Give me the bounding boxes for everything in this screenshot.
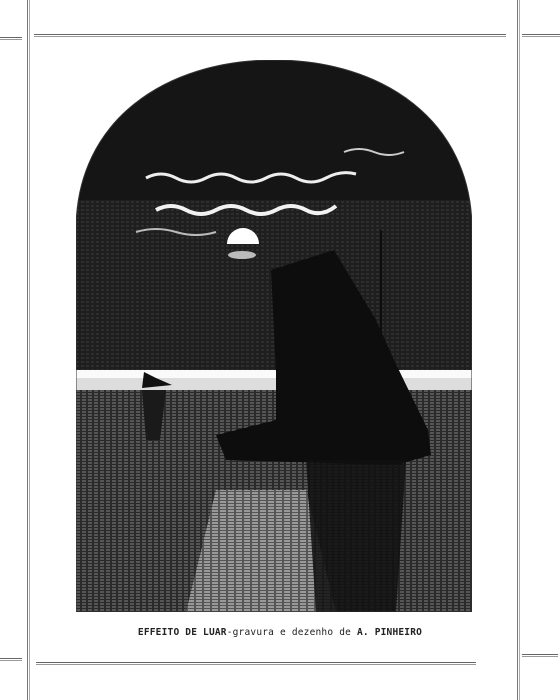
illustration-caption: EFFEITO DE LUAR-gravura e dezenho de A. … bbox=[0, 627, 560, 638]
top-rule-right-stub bbox=[522, 34, 560, 37]
bottom-rule-right-stub bbox=[522, 654, 558, 657]
top-rule-left-stub bbox=[0, 37, 22, 40]
top-rule bbox=[34, 34, 506, 37]
caption-artist: A. PINHEIRO bbox=[357, 627, 422, 638]
engraving-moonlight-effect bbox=[76, 60, 472, 612]
left-margin-rule-2 bbox=[29, 0, 30, 700]
caption-title: EFFEITO DE LUAR bbox=[138, 627, 227, 638]
caption-credit: gravura e dezenho de bbox=[233, 627, 357, 638]
right-margin-rule bbox=[517, 0, 518, 700]
bottom-rule-left-stub bbox=[0, 658, 22, 661]
left-margin-rule bbox=[27, 0, 28, 700]
bottom-rule bbox=[36, 662, 476, 665]
right-margin-rule-2 bbox=[519, 0, 520, 700]
